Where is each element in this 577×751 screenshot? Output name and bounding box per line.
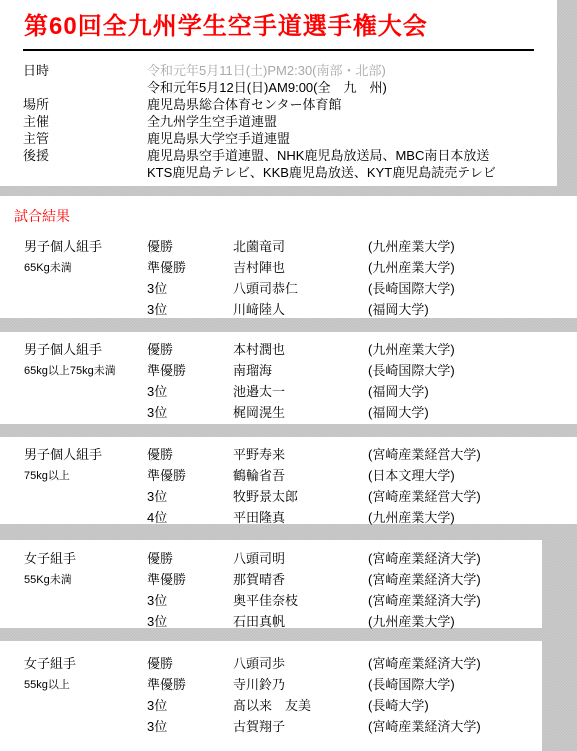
rank-label: 準優勝 — [147, 677, 186, 692]
rank-label: 準優勝 — [147, 468, 186, 483]
athlete-university: (宮崎産業経済大学) — [368, 719, 481, 734]
rank-label: 3位 — [147, 281, 167, 296]
rank-label: 優勝 — [147, 551, 173, 566]
athlete-university: (宮崎産業経営大学) — [368, 447, 481, 462]
info-line-datetime-1: 日時 令和元年5月11日(土)PM2:30(南部・北部) — [0, 62, 557, 79]
info-value-venue: 鹿児島県総合体育センター体育館 — [147, 96, 341, 113]
athlete-university: (福岡大学) — [368, 384, 429, 399]
result-row: 準優勝 那賀晴香 (宮崎産業経済大学) — [0, 572, 577, 593]
athlete-university: (長崎国際大学) — [368, 363, 455, 378]
info-label-sponsors: 後援 — [23, 147, 49, 164]
result-row: 優勝 北薗竜司 (九州産業大学) — [0, 239, 577, 260]
info-value-management: 鹿児島県大学空手道連盟 — [147, 130, 290, 147]
athlete-university: (宮崎産業経済大学) — [368, 593, 481, 608]
result-row: 3位 石田真帆 (九州産業大学) — [0, 614, 577, 635]
event-info: 日時 令和元年5月11日(土)PM2:30(南部・北部) 令和元年5月12日(日… — [0, 62, 557, 181]
athlete-university: (九州産業大学) — [368, 614, 455, 629]
athlete-name: 八頭司明 — [233, 551, 285, 566]
result-row: 準優勝 吉村陣也 (九州産業大学) — [0, 260, 577, 281]
rank-label: 3位 — [147, 698, 167, 713]
result-row: 優勝 平野寿来 (宮崎産業経営大学) — [0, 447, 577, 468]
athlete-name: 平田隆真 — [233, 510, 285, 525]
rank-label: 3位 — [147, 614, 167, 629]
athlete-name: 鶴輪省吾 — [233, 468, 285, 483]
result-row: 3位 髙以来 友美 (長崎大学) — [0, 698, 577, 719]
athlete-name: 北薗竜司 — [233, 239, 285, 254]
result-row: 優勝 八頭司明 (宮崎産業経済大学) — [0, 551, 577, 572]
rank-label: 準優勝 — [147, 572, 186, 587]
info-value-datetime-day2: 令和元年5月12日(日)AM9:00(全 九 州) — [147, 79, 387, 96]
rank-label: 優勝 — [147, 342, 173, 357]
rank-label: 優勝 — [147, 656, 173, 671]
athlete-university: (宮崎産業経済大学) — [368, 572, 481, 587]
info-line-sponsors-1: 後援 鹿児島県空手道連盟、NHK鹿児島放送局、MBC南日本放送 — [0, 147, 557, 164]
result-row: 4位 平田隆真 (九州産業大学) — [0, 510, 577, 531]
athlete-name: 八頭司恭仁 — [233, 281, 298, 296]
info-line-datetime-2: 令和元年5月12日(日)AM9:00(全 九 州) — [0, 79, 557, 96]
result-row: 3位 古賀翔子 (宮崎産業経済大学) — [0, 719, 577, 740]
info-label-organizer: 主催 — [23, 113, 49, 130]
rank-label: 3位 — [147, 489, 167, 504]
athlete-name: 奥平佳奈枝 — [233, 593, 298, 608]
athlete-name: 池邉太一 — [233, 384, 285, 399]
athlete-name: 牧野景太郎 — [233, 489, 298, 504]
rank-label: 優勝 — [147, 447, 173, 462]
athlete-university: (宮崎産業経営大学) — [368, 489, 481, 504]
athlete-university: (長崎国際大学) — [368, 677, 455, 692]
page-title: 第60回全九州学生空手道選手権大会 — [24, 13, 428, 42]
info-label-datetime: 日時 — [23, 62, 49, 79]
result-row: 優勝 八頭司歩 (宮崎産業経済大学) — [0, 656, 577, 677]
result-row: 準優勝 寺川鈴乃 (長崎国際大学) — [0, 677, 577, 698]
athlete-name: 髙以来 友美 — [233, 698, 311, 713]
athlete-university: (九州産業大学) — [368, 260, 455, 275]
result-row: 準優勝 鶴輪省吾 (日本文理大学) — [0, 468, 577, 489]
athlete-name: 吉村陣也 — [233, 260, 285, 275]
results-page: 第60回全九州学生空手道選手権大会 日時 令和元年5月11日(土)PM2:30(… — [0, 0, 577, 751]
rank-label: 4位 — [147, 510, 167, 525]
info-line-sponsors-2: KTS鹿児島テレビ、KKB鹿児島放送、KYT鹿児島読売テレビ — [0, 164, 557, 181]
athlete-university: (宮崎産業経済大学) — [368, 551, 481, 566]
result-row: 3位 川﨑陸人 (福岡大学) — [0, 302, 577, 323]
results-heading: 試合結果 — [14, 208, 70, 225]
result-row: 3位 池邉太一 (福岡大学) — [0, 384, 577, 405]
athlete-university: (日本文理大学) — [368, 468, 455, 483]
rank-label: 3位 — [147, 405, 167, 420]
rank-label: 優勝 — [147, 239, 173, 254]
info-value-organizer: 全九州学生空手道連盟 — [147, 113, 277, 130]
info-line-organizer: 主催 全九州学生空手道連盟 — [0, 113, 557, 130]
rank-label: 3位 — [147, 593, 167, 608]
athlete-name: 南瑠海 — [233, 363, 272, 378]
rank-label: 3位 — [147, 384, 167, 399]
athlete-name: 寺川鈴乃 — [233, 677, 285, 692]
athlete-name: 那賀晴香 — [233, 572, 285, 587]
result-row: 優勝 本村潤也 (九州産業大学) — [0, 342, 577, 363]
result-row: 3位 八頭司恭仁 (長崎国際大学) — [0, 281, 577, 302]
athlete-university: (長崎国際大学) — [368, 281, 455, 296]
info-value-sponsors-1: 鹿児島県空手道連盟、NHK鹿児島放送局、MBC南日本放送 — [147, 147, 489, 164]
athlete-name: 石田真帆 — [233, 614, 285, 629]
athlete-university: (福岡大学) — [368, 405, 429, 420]
athlete-university: (九州産業大学) — [368, 239, 455, 254]
athlete-name: 本村潤也 — [233, 342, 285, 357]
athlete-name: 古賀翔子 — [233, 719, 285, 734]
info-label-venue: 場所 — [23, 96, 49, 113]
rank-label: 3位 — [147, 302, 167, 317]
athlete-university: (九州産業大学) — [368, 510, 455, 525]
athlete-name: 梶岡滉生 — [233, 405, 285, 420]
result-row: 3位 梶岡滉生 (福岡大学) — [0, 405, 577, 426]
rank-label: 準優勝 — [147, 363, 186, 378]
athlete-university: (長崎大学) — [368, 698, 429, 713]
rank-label: 3位 — [147, 719, 167, 734]
athlete-name: 平野寿来 — [233, 447, 285, 462]
info-line-management: 主管 鹿児島県大学空手道連盟 — [0, 130, 557, 147]
result-row: 3位 牧野景太郎 (宮崎産業経営大学) — [0, 489, 577, 510]
info-line-venue: 場所 鹿児島県総合体育センター体育館 — [0, 96, 557, 113]
athlete-university: (宮崎産業経済大学) — [368, 656, 481, 671]
result-row: 準優勝 南瑠海 (長崎国際大学) — [0, 363, 577, 384]
athlete-name: 八頭司歩 — [233, 656, 285, 671]
rank-label: 準優勝 — [147, 260, 186, 275]
info-label-management: 主管 — [23, 130, 49, 147]
info-value-datetime-day1: 令和元年5月11日(土)PM2:30(南部・北部) — [147, 62, 386, 79]
athlete-name: 川﨑陸人 — [233, 302, 285, 317]
title-divider — [23, 49, 534, 51]
athlete-university: (九州産業大学) — [368, 342, 455, 357]
result-row: 3位 奥平佳奈枝 (宮崎産業経済大学) — [0, 593, 577, 614]
info-value-sponsors-2: KTS鹿児島テレビ、KKB鹿児島放送、KYT鹿児島読売テレビ — [147, 164, 496, 181]
athlete-university: (福岡大学) — [368, 302, 429, 317]
